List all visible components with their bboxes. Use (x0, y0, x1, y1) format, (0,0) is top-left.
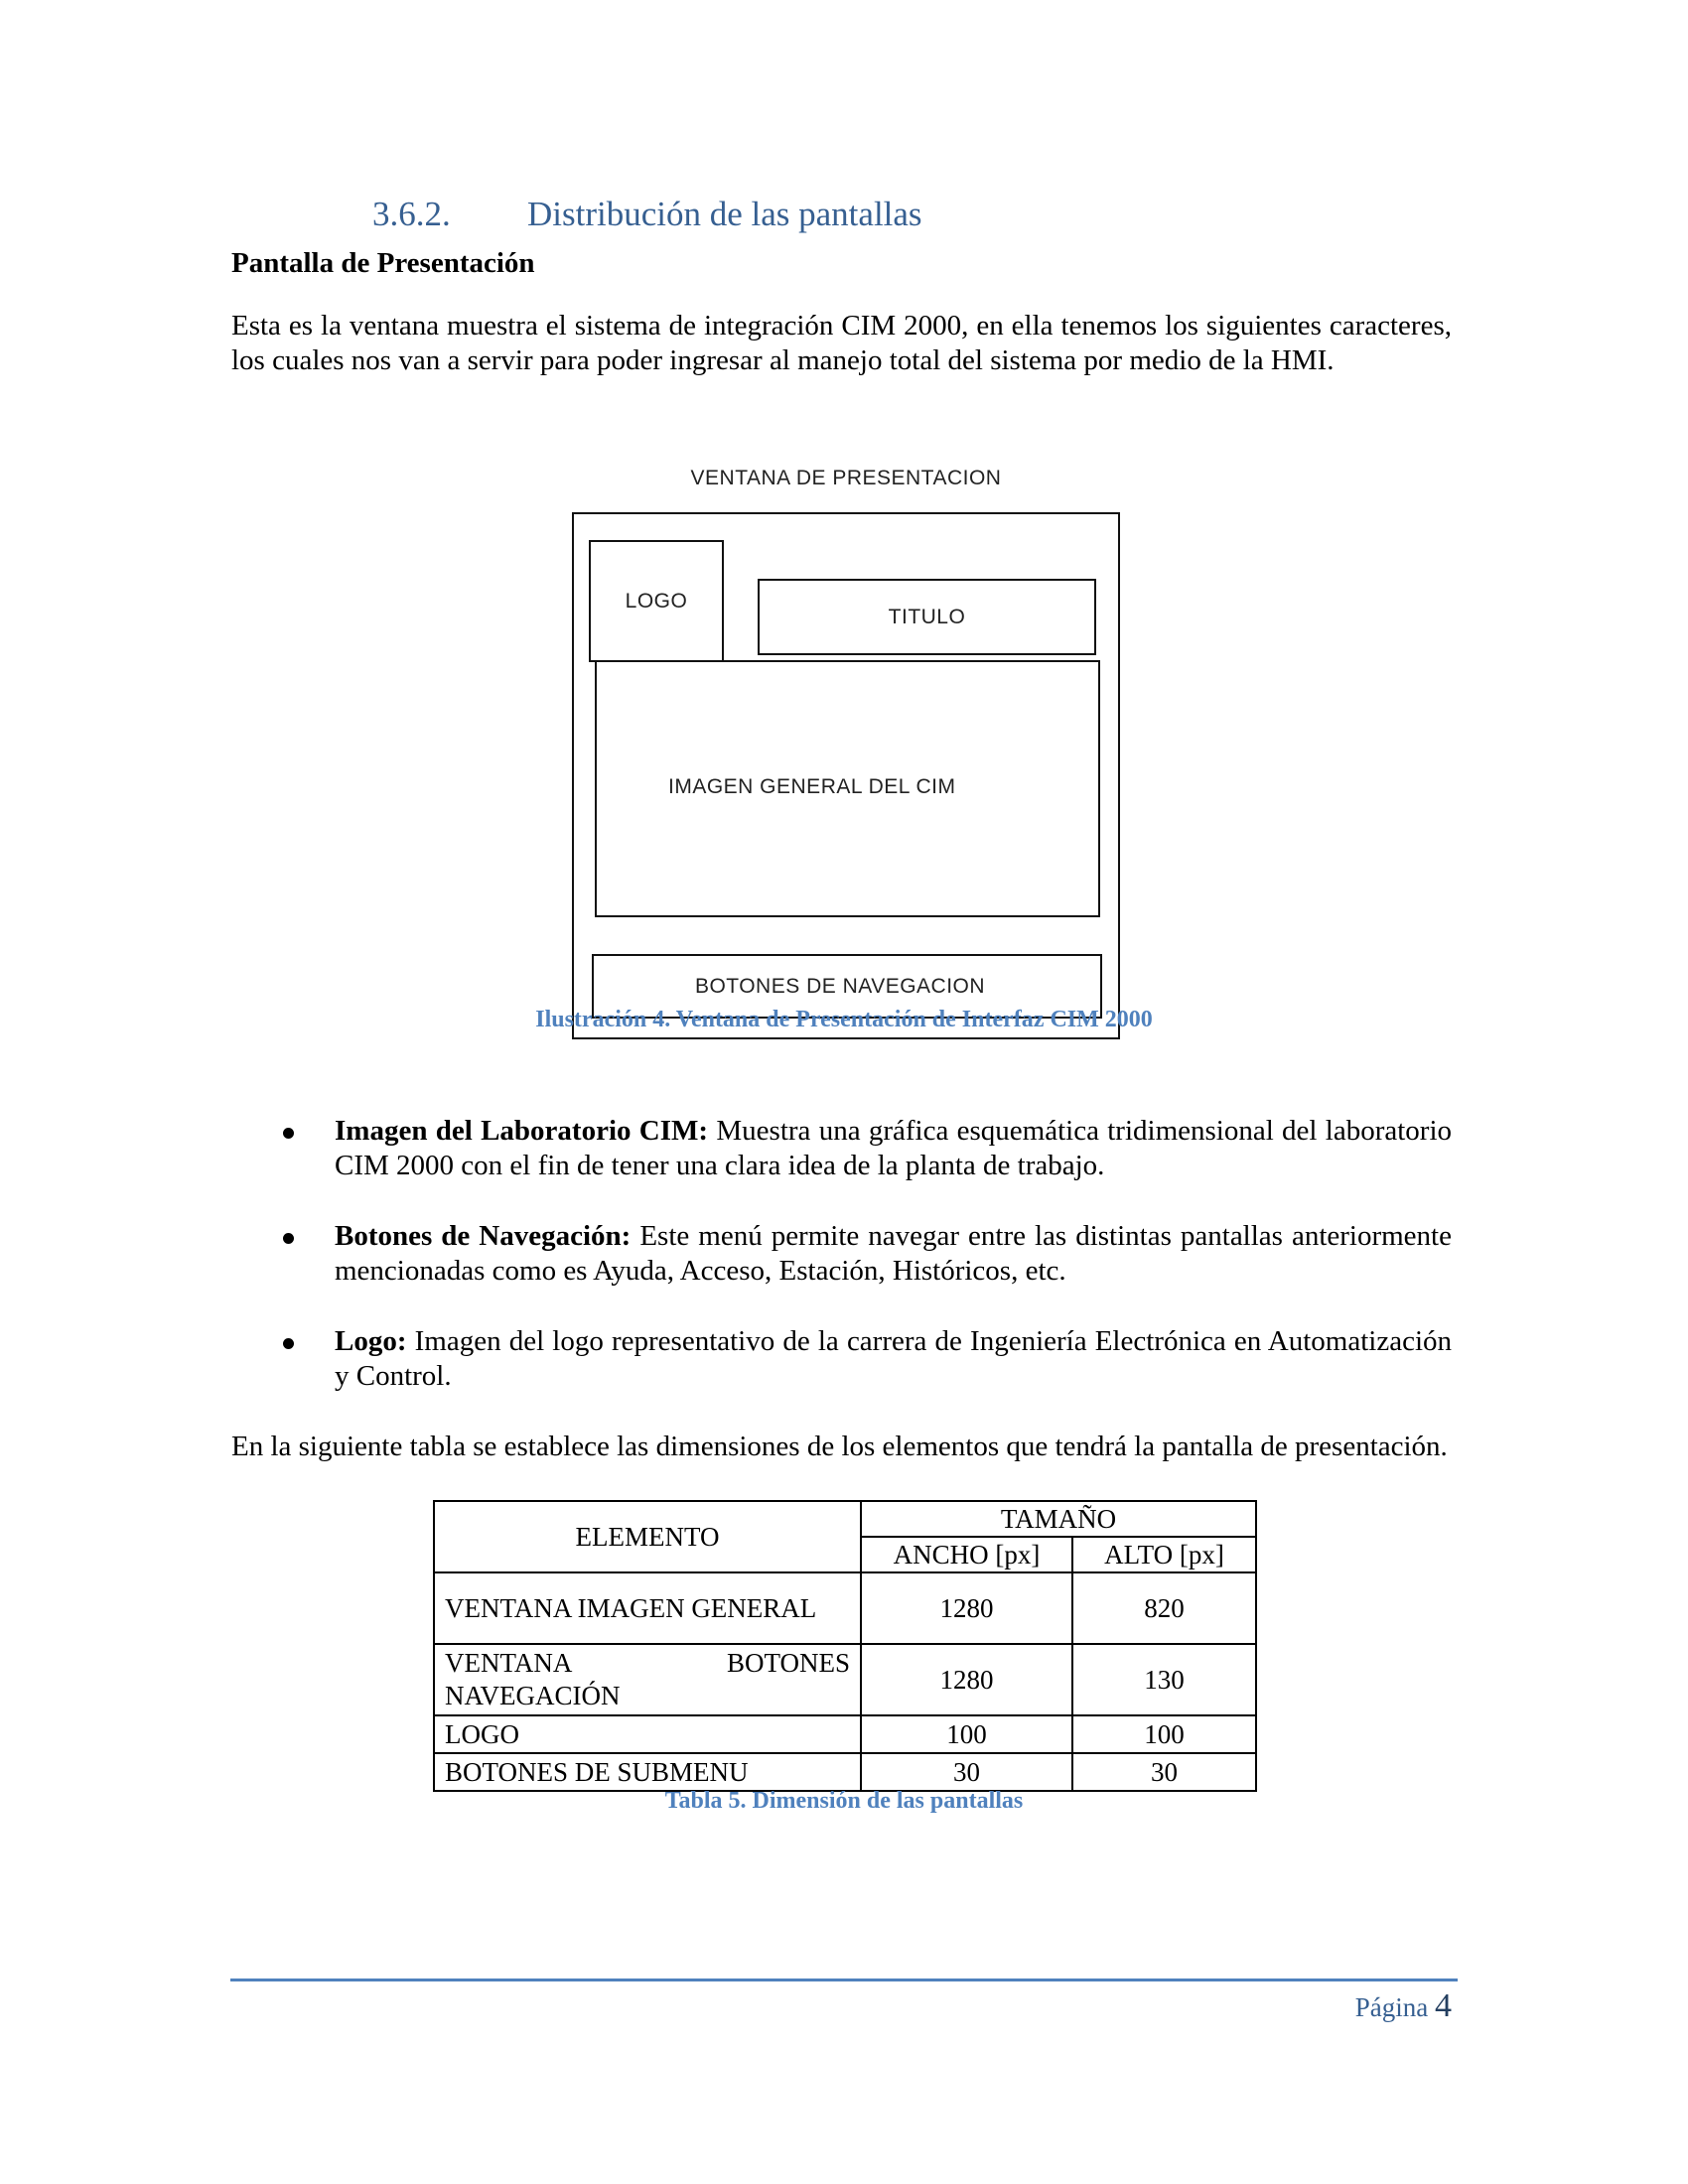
table-row: VENTANA BOTONES NAVEGACIÓN 1280 130 (434, 1644, 1256, 1715)
cell-width: 100 (861, 1715, 1072, 1753)
bullet-term: Botones de Navegación: (335, 1220, 631, 1252)
intro-paragraph: Esta es la ventana muestra el sistema de… (231, 309, 1452, 379)
table-row: LOGO 100 100 (434, 1715, 1256, 1753)
diagram-logo-box: LOGO (589, 540, 724, 662)
cell-element: VENTANA BOTONES NAVEGACIÓN (434, 1644, 861, 1715)
cell-height: 820 (1072, 1572, 1256, 1644)
figure-caption: Ilustración 4. Ventana de Presentación d… (447, 1006, 1241, 1033)
diagram-nav-buttons-label: BOTONES DE NAVEGACION (695, 975, 985, 999)
diagram-image-label: IMAGEN GENERAL DEL CIM (668, 775, 956, 799)
page-number: Página 4 (1355, 1989, 1452, 2024)
bullet-text: Logo: Imagen del logo representativo de … (335, 1324, 1452, 1395)
page-number-value: 4 (1435, 1987, 1452, 2024)
cell-width: 1280 (861, 1644, 1072, 1715)
table-row: BOTONES DE SUBMENU 30 30 (434, 1753, 1256, 1791)
bullet-dot-icon (283, 1128, 294, 1139)
header-element: ELEMENTO (434, 1501, 861, 1572)
diagram-title-label: TITULO (889, 606, 966, 629)
table-caption: Tabla 5. Dimensión de las pantallas (447, 1787, 1241, 1815)
bullet-text: Imagen del Laboratorio CIM: Muestra una … (335, 1114, 1452, 1184)
diagram-image-box: IMAGEN GENERAL DEL CIM (595, 660, 1100, 917)
cell-width: 30 (861, 1753, 1072, 1791)
subheading: Pantalla de Presentación (231, 245, 535, 281)
bullet-text: Botones de Navegación: Este menú permite… (335, 1219, 1452, 1290)
bullet-term: Imagen del Laboratorio CIM: (335, 1115, 708, 1147)
footer-divider (230, 1979, 1458, 1981)
cell-width: 1280 (861, 1572, 1072, 1644)
header-width: ANCHO [px] (861, 1537, 1072, 1572)
cell-height: 130 (1072, 1644, 1256, 1715)
diagram-title-box: TITULO (758, 579, 1096, 655)
diagram-logo-label: LOGO (626, 590, 688, 614)
header-height: ALTO [px] (1072, 1537, 1256, 1572)
bullet-dot-icon (283, 1338, 294, 1349)
table-header-row: ELEMENTO TAMAÑO (434, 1501, 1256, 1537)
cell-height: 30 (1072, 1753, 1256, 1791)
cell-element: LOGO (434, 1715, 861, 1753)
table-intro-paragraph: En la siguiente tabla se establece las d… (231, 1430, 1452, 1464)
bullet-description: Imagen del logo representativo de la car… (335, 1325, 1452, 1392)
bullet-term: Logo: (335, 1325, 407, 1357)
bullet-dot-icon (283, 1233, 294, 1244)
dimensions-table: ELEMENTO TAMAÑO ANCHO [px] ALTO [px] VEN… (433, 1500, 1257, 1792)
cell-element: BOTONES DE SUBMENU (434, 1753, 861, 1791)
section-title: Distribución de las pantallas (527, 195, 922, 234)
section-number: 3.6.2. (372, 195, 451, 234)
header-size: TAMAÑO (861, 1501, 1256, 1537)
page-label: Página (1355, 1992, 1429, 2022)
cell-height: 100 (1072, 1715, 1256, 1753)
table-row: VENTANA IMAGEN GENERAL 1280 820 (434, 1572, 1256, 1644)
diagram-title: VENTANA DE PRESENTACION (572, 467, 1120, 490)
cell-element: VENTANA IMAGEN GENERAL (434, 1572, 861, 1644)
